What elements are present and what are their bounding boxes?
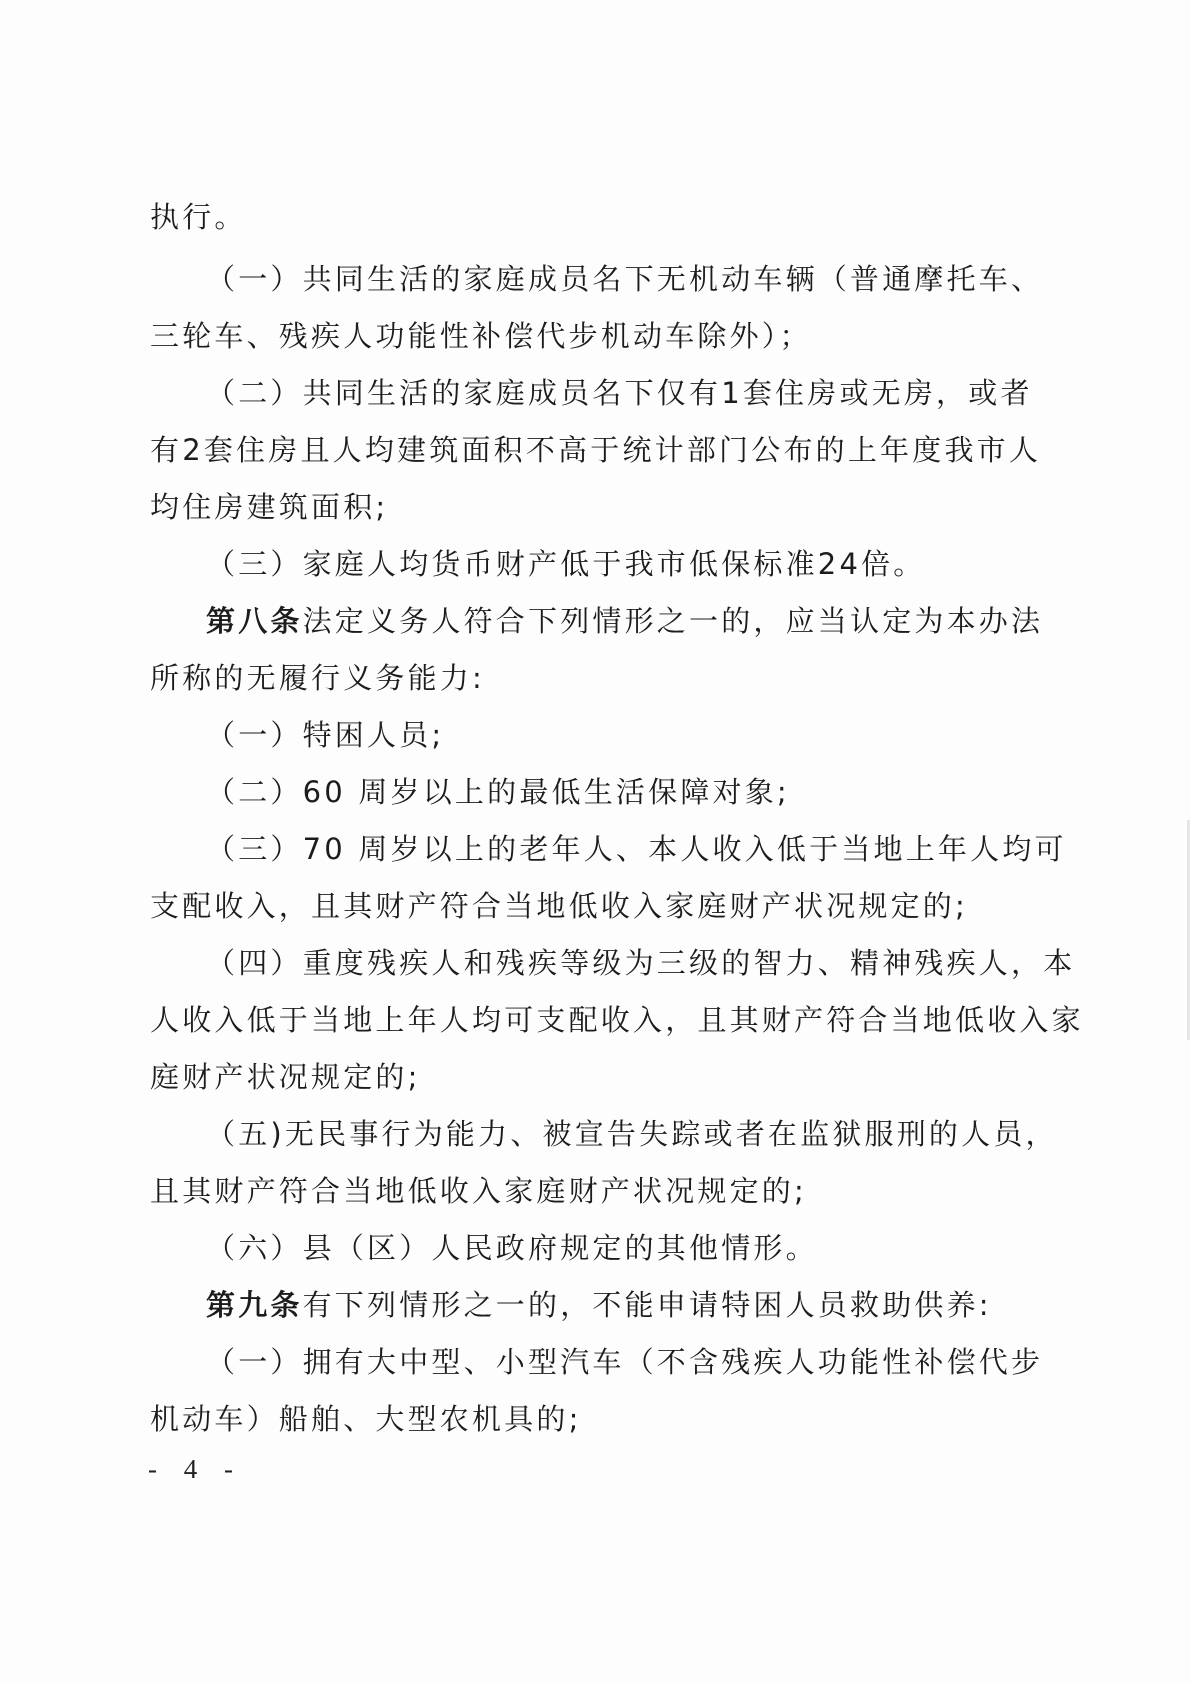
article-9-label: 第九条 [206, 1288, 303, 1322]
clause-item-2-line-3: 均住房建筑面积; [150, 487, 388, 527]
article-8-item-5-line-1: （五)无民事行为能力、被宣告失踪或者在监狱服刑的人员， [206, 1114, 1058, 1154]
article-8-item-6: （六）县（区）人民政府规定的其他情形。 [206, 1228, 818, 1268]
article-8-line-2: 所称的无履行义务能力: [150, 658, 485, 698]
clause-item-2-line-2: 有2套住房且人均建筑面积不高于统计部门公布的上年度我市人 [150, 430, 1041, 470]
article-8-item-5-line-2: 且其财产符合当地低收入家庭财产状况规定的; [150, 1171, 807, 1211]
page-number: - 4 - [148, 1454, 243, 1485]
clause-item-2-line-1: （二）共同生活的家庭成员名下仅有1套住房或无房，或者 [206, 373, 1033, 413]
article-9-item-1-line-2: 机动车）船舶、大型农机具的; [150, 1399, 582, 1439]
article-8-label: 第八条 [206, 604, 303, 638]
document-page: 执行。 （一）共同生活的家庭成员名下无机动车辆（普通摩托车、 三轮车、残疾人功能… [0, 0, 1190, 1684]
article-9-heading-line: 第九条有下列情形之一的，不能申请特困人员救助供养: [206, 1285, 992, 1325]
article-8-item-4-line-2: 人收入低于当地上年人均可支配收入，且其财产符合当地低收入家 [150, 1000, 1084, 1040]
article-9-text: 有下列情形之一的，不能申请特困人员救助供养: [303, 1288, 992, 1322]
article-8-item-3-line-2: 支配收入，且其财产符合当地低收入家庭财产状况规定的; [150, 886, 968, 926]
article-8-item-4-line-1: （四）重度残疾人和残疾等级为三级的智力、精神残疾人，本 [206, 943, 1075, 983]
text-line-continuation: 执行。 [150, 197, 247, 237]
article-8-text: 法定义务人符合下列情形之一的，应当认定为本办法 [303, 604, 1044, 638]
article-8-item-3-line-1: （三）70 周岁以上的老年人、本人收入低于当地上年人均可 [206, 829, 1067, 869]
article-8-heading-line: 第八条法定义务人符合下列情形之一的，应当认定为本办法 [206, 601, 1043, 641]
clause-item-1-line-2: 三轮车、残疾人功能性补偿代步机动车除外）； [150, 316, 812, 356]
clause-item-1-line-1: （一）共同生活的家庭成员名下无机动车辆（普通摩托车、 [206, 259, 1043, 299]
article-8-item-1: （一）特困人员; [206, 715, 444, 755]
article-8-item-2: （二）60 周岁以上的最低生活保障对象; [206, 772, 790, 812]
article-9-item-1-line-1: （一）拥有大中型、小型汽车（不含残疾人功能性补偿代步 [206, 1342, 1043, 1382]
article-8-item-4-line-3: 庭财产状况规定的; [150, 1057, 421, 1097]
clause-item-3: （三）家庭人均货币财产低于我市低保标准24倍。 [206, 544, 926, 584]
